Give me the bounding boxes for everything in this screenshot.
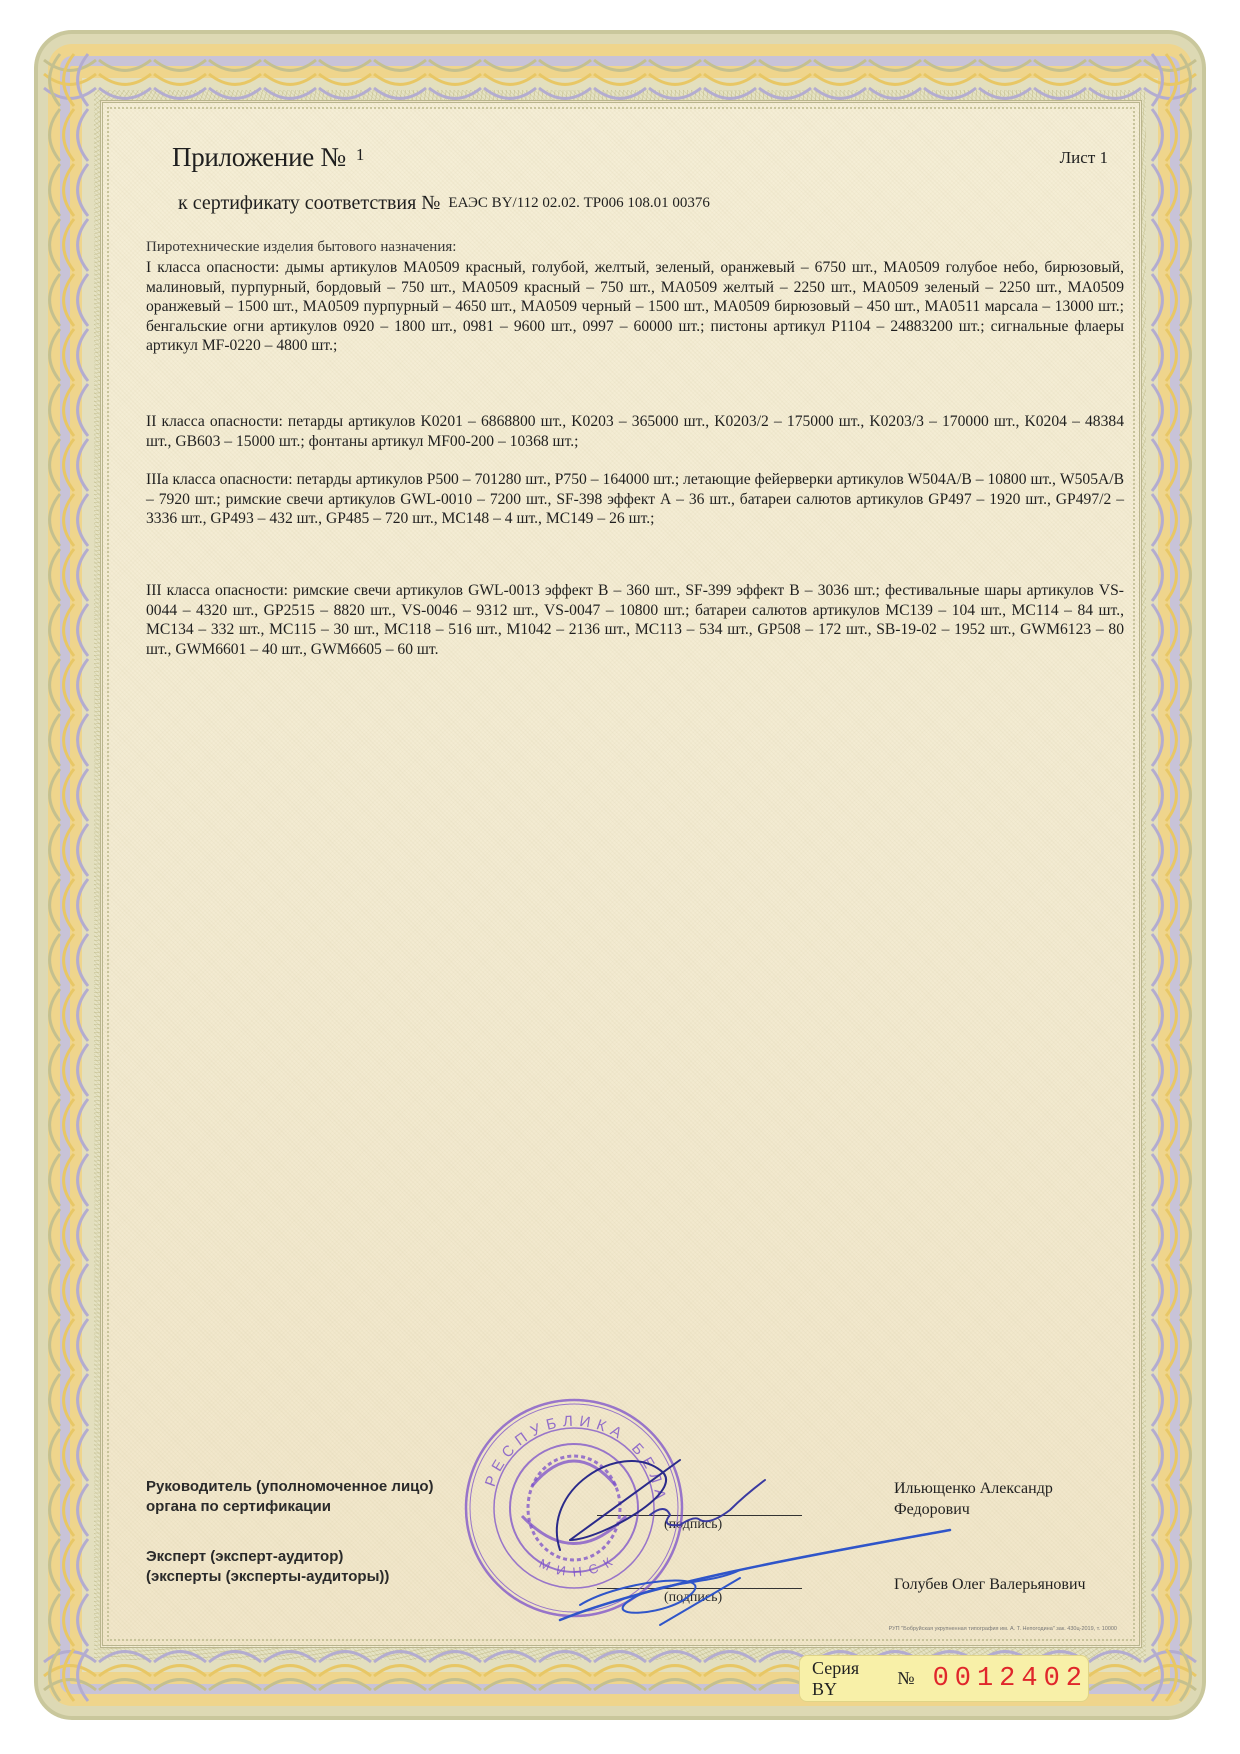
series-label: Серия BY [812, 1658, 887, 1700]
head-of-certification-label: Руководитель (уполномоченное лицо) орган… [146, 1477, 434, 1517]
number-sign: № [897, 1668, 914, 1689]
hazard-class-1-section: I класса опасности: дымы артикулов MA050… [146, 258, 1124, 356]
handwritten-signatures-icon [540, 1430, 970, 1630]
head-label-line2: органа по сертификации [146, 1497, 434, 1517]
sheet-number: Лист 1 [1060, 148, 1108, 168]
printer-imprint: РУП "Бобруйская укрупненная типография и… [889, 1626, 1117, 1632]
certificate-label: к сертификату соответствия № [178, 192, 440, 214]
appendix-title: Приложение № [172, 142, 346, 172]
product-category-intro: Пиротехнические изделия бытового назначе… [146, 238, 1124, 258]
certificate-reference: к сертификату соответствия №ЕАЭС BY/112 … [178, 192, 710, 215]
hazard-class-3-section: III класса опасности: римские свечи арти… [146, 581, 1124, 659]
hazard-class-2-section: II класса опасности: петарды артикулов K… [146, 412, 1124, 451]
certificate-number: ЕАЭС BY/112 02.02. ТР006 108.01 00376 [448, 195, 709, 211]
appendix-number: 1 [356, 145, 364, 164]
hazard-class-3a-section: IIIa класса опасности: петарды артикулов… [146, 470, 1124, 529]
series-number: 0012402 [933, 1664, 1088, 1694]
head-label-line1: Руководитель (уполномоченное лицо) [146, 1477, 434, 1497]
expert-label-line1: Эксперт (эксперт-аудитор) [146, 1547, 389, 1567]
series-number-box: Серия BY № 0012402 [799, 1655, 1089, 1702]
expert-label: Эксперт (эксперт-аудитор) (эксперты (экс… [146, 1547, 389, 1587]
page-title: Приложение №1 [172, 142, 364, 173]
expert-label-line2: (эксперты (эксперты-аудиторы)) [146, 1567, 389, 1587]
